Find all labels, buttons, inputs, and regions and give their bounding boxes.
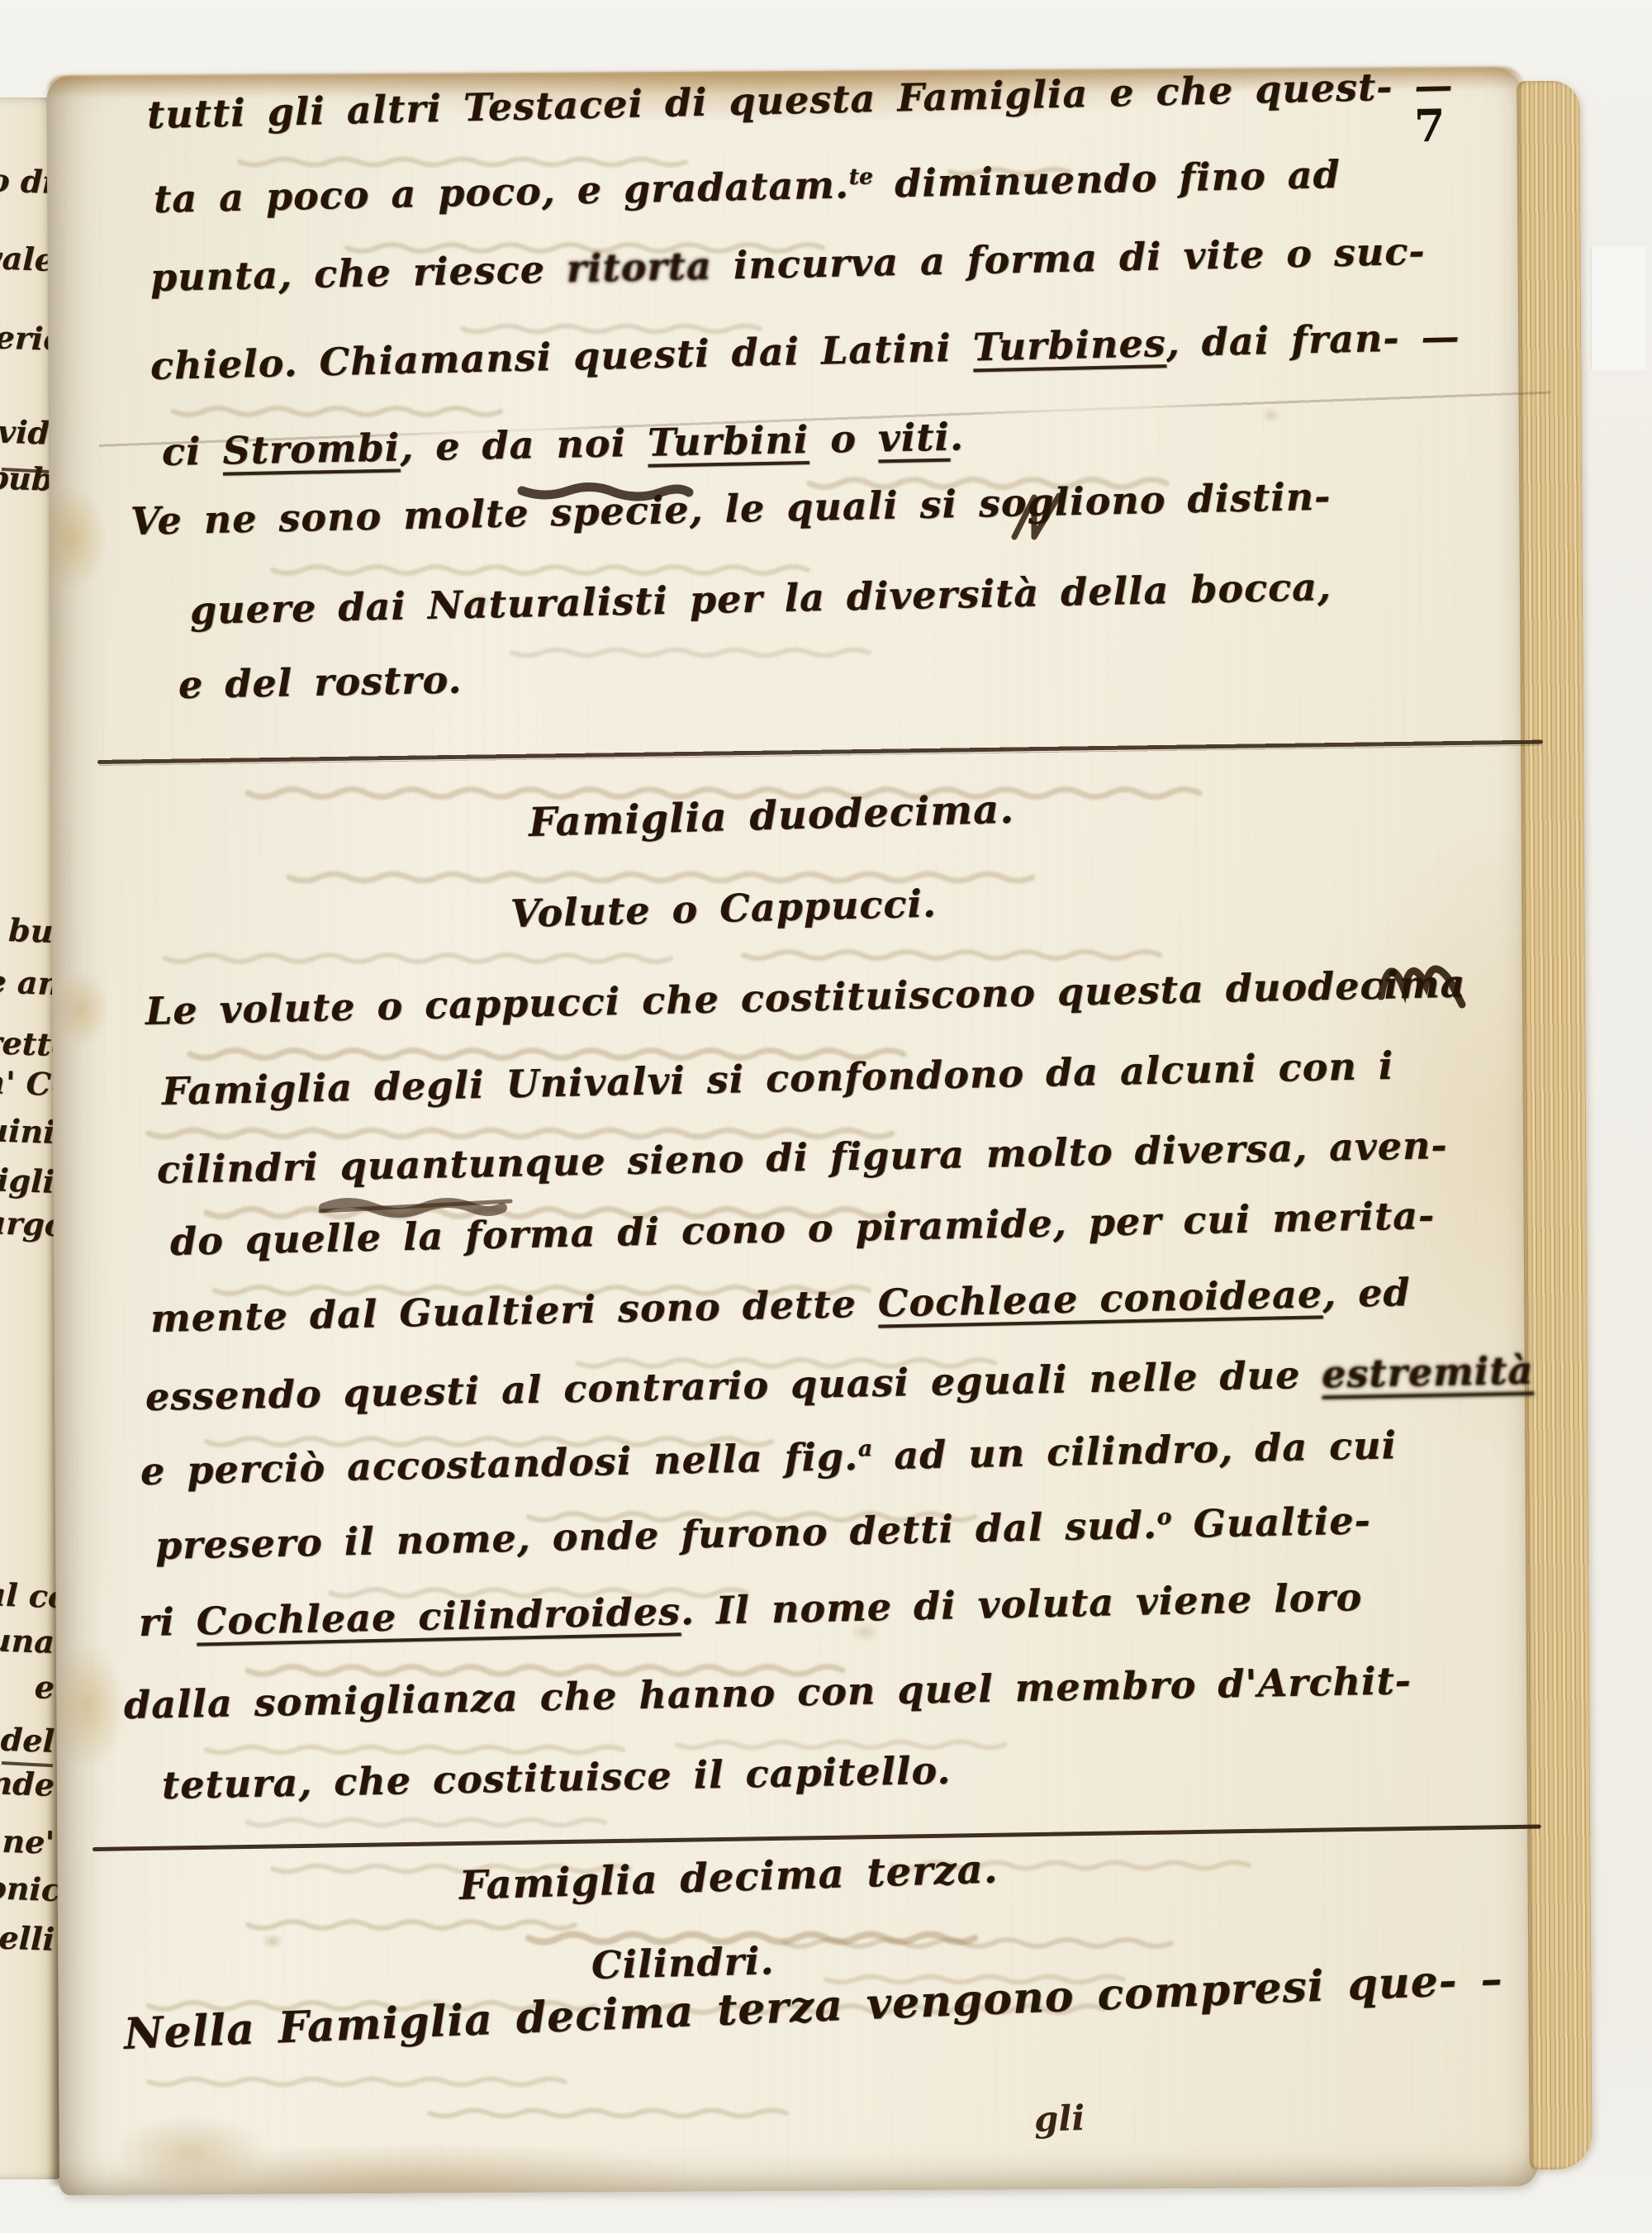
text-segment: tetura, che costituisce il capitello.: [161, 1748, 951, 1808]
text-segment: te: [848, 164, 873, 190]
manuscript-line-15: mente dal Gualtieri sono dette Cochleae …: [150, 1270, 1411, 1341]
text-segment: Famiglia decima terza.: [458, 1846, 999, 1909]
manuscript-line-22: Famiglia decima terza.: [458, 1846, 999, 1909]
text-segment: Famiglia degli Univalvi si confondono da…: [161, 1043, 1393, 1114]
text-segment: guere dai Naturalisti per la diversità d…: [189, 564, 1332, 633]
text-segment: diminuendo fino ad: [873, 152, 1341, 207]
text-segment: ri: [138, 1599, 197, 1645]
manuscript-line-21: tetura, che costituisce il capitello.: [161, 1748, 951, 1808]
manuscript-line-10: Volute o Cappucci.: [510, 881, 937, 936]
page-number: 7: [1413, 99, 1445, 153]
manuscript-line-20: dalla somiglianza che hanno con quel mem…: [123, 1658, 1412, 1727]
manuscript-line-11: Le volute o cappucci che costituiscono q…: [145, 962, 1466, 1033]
text-segment: viti: [877, 415, 950, 461]
text-segment: dalla somiglianza che hanno con quel mem…: [123, 1658, 1412, 1727]
manuscript-line-18: presero il nome, onde furono detti dal s…: [154, 1498, 1371, 1568]
text-segment: ci: [161, 429, 223, 474]
text-segment: do quelle la forma di cono o piramide, p…: [169, 1193, 1435, 1264]
manuscript-line-5: ci Strombi, e da noi Turbini o viti.: [161, 414, 964, 474]
manuscript-line-2: ta a poco a poco, e gradatam.te diminuen…: [153, 152, 1341, 221]
text-segment: Cilindri.: [591, 1938, 775, 1988]
text-segment: Volute o Cappucci.: [510, 881, 937, 936]
manuscript-line-17: e perciò accostandosi nella fig.a ad un …: [140, 1423, 1397, 1494]
text-segment: .: [949, 414, 964, 458]
manuscript-line-19: ri Cochleae cilindroides. Il nome di vol…: [138, 1575, 1362, 1645]
manuscript-line-4: chielo. Chiamansi questi dai Latini Turb…: [150, 314, 1460, 388]
text-segment: Cochleae cilindroides: [196, 1589, 681, 1643]
manuscript-text-block: tutti gli altri Testacei di questa Famig…: [0, 0, 1652, 2233]
text-segment: Turbini: [647, 417, 809, 465]
manuscript-line-12: Famiglia degli Univalvi si confondono da…: [161, 1043, 1393, 1114]
manuscript-line-14: do quelle la forma di cono o piramide, p…: [169, 1193, 1435, 1264]
text-segment: Turbines: [972, 321, 1166, 369]
text-segment: mente dal Gualtieri sono dette: [150, 1281, 878, 1341]
text-segment: o: [1156, 1504, 1171, 1530]
text-segment: presero il nome, onde furono detti dal s…: [154, 1503, 1157, 1568]
text-segment: Famiglia duodecima.: [528, 786, 1014, 846]
text-segment: ad un cilindro, da cui: [872, 1423, 1398, 1478]
text-segment: incurva a forma di vite o suc-: [711, 229, 1426, 288]
text-segment: Ve ne sono molte specie, le quali si sog…: [130, 474, 1331, 544]
text-segment: estremità: [1322, 1348, 1534, 1397]
manuscript-line-16: essendo questi al contrario quasi eguali…: [145, 1348, 1533, 1419]
manuscript-line-23: Cilindri.: [591, 1938, 775, 1988]
text-segment: ritorta: [566, 244, 712, 292]
manuscript-line-13: cilindri quantunque sieno di figura molt…: [156, 1123, 1447, 1192]
manuscript-line-6: Ve ne sono molte specie, le quali si sog…: [130, 474, 1331, 544]
text-segment: essendo questi al contrario quasi eguali…: [145, 1352, 1322, 1419]
text-segment: Le volute o cappucci che costituiscono q…: [145, 962, 1466, 1033]
manuscript-line-3: punta, che riesce ritorta incurva a form…: [150, 229, 1425, 300]
manuscript-line-24: Nella Famiglia decima terza vengono comp…: [123, 1954, 1504, 2060]
text-segment: a: [857, 1436, 872, 1461]
text-segment: Cochleae conoideae: [877, 1271, 1322, 1325]
text-segment: Nella Famiglia decima terza vengono comp…: [123, 1954, 1504, 2060]
text-segment: chielo. Chiamansi questi dai Latini: [150, 325, 973, 388]
text-segment: punta, che riesce: [150, 246, 567, 300]
text-segment: , dai fran- —: [1165, 314, 1460, 365]
text-segment: tutti gli altri Testacei di questa Famig…: [146, 63, 1453, 137]
text-segment: e perciò accostandosi nella fig.: [140, 1434, 858, 1494]
text-segment: , e da noi: [400, 420, 648, 470]
text-segment: ta a poco a poco, e gradatam.: [153, 162, 849, 221]
manuscript-line-9: Famiglia duodecima.: [528, 786, 1014, 846]
text-segment: o: [809, 416, 879, 462]
text-segment: , ed: [1322, 1270, 1412, 1316]
manuscript-line-7: guere dai Naturalisti per la diversità d…: [189, 564, 1332, 633]
text-segment: cilindri quantunque sieno di figura molt…: [156, 1123, 1447, 1192]
manuscript-line-1: tutti gli altri Testacei di questa Famig…: [146, 63, 1453, 137]
text-segment: Gualtie-: [1171, 1498, 1371, 1546]
manuscript-line-8: e del rostro.: [178, 657, 462, 707]
manuscript-scan: o divalesfericadividel pubbli-di buoihe …: [0, 0, 1652, 2233]
catchword: gli: [1033, 2098, 1085, 2140]
text-segment: . Il nome di voluta viene loro: [680, 1575, 1362, 1633]
text-segment: Strombi: [222, 425, 401, 473]
text-segment: e del rostro.: [178, 657, 462, 707]
